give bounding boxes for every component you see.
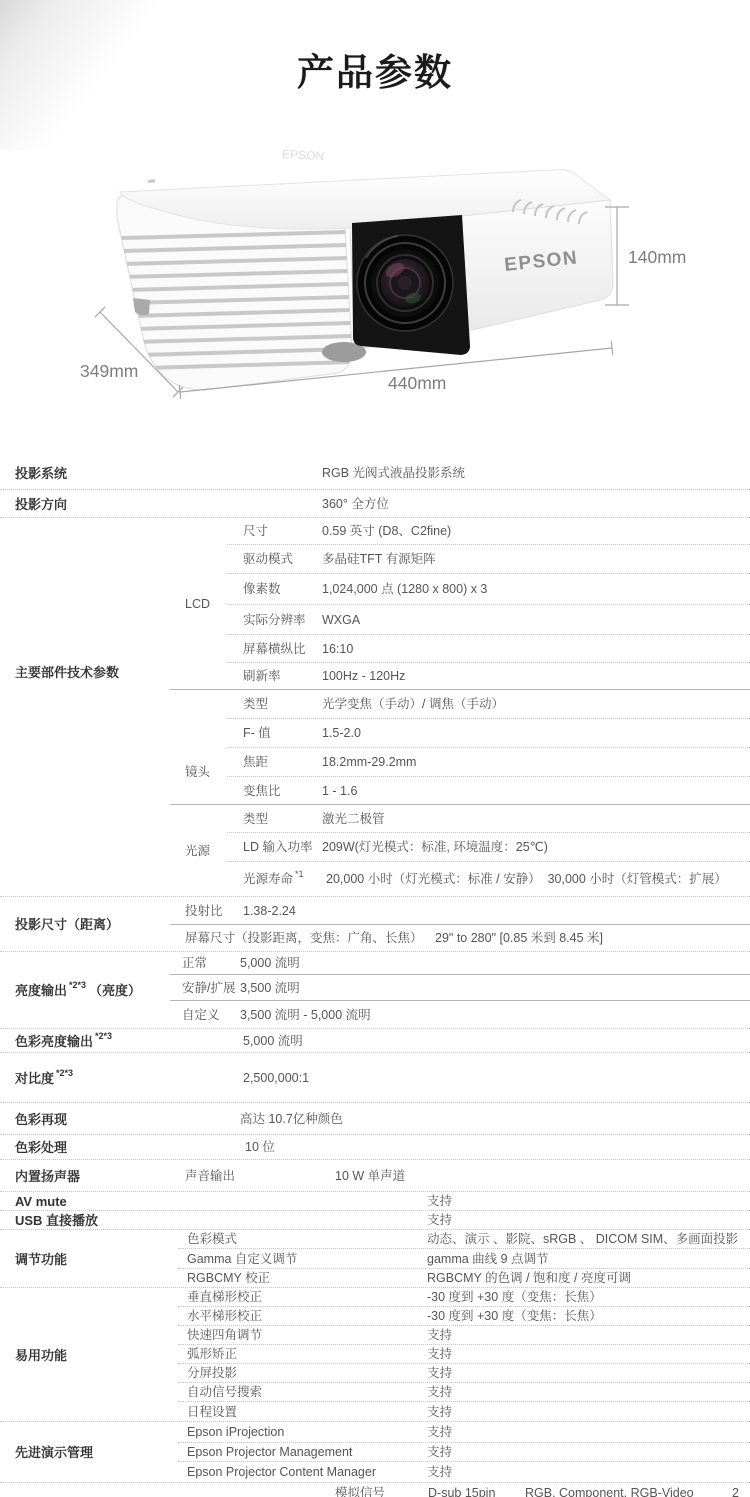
row-separator: [0, 1421, 750, 1422]
row-separator: [178, 1363, 750, 1364]
projector-body: EPSON EPSON: [117, 147, 613, 390]
spec-value: Epson iProjection: [187, 1422, 284, 1443]
row-separator: [0, 1052, 750, 1053]
spec-value: 安静/扩展: [182, 975, 235, 1001]
spec-value: 光源: [185, 805, 210, 897]
spec-value: 3,500 流明 - 5,000 流明: [240, 1001, 371, 1029]
row-separator: [178, 1382, 750, 1383]
spec-value: 360° 全方位: [322, 490, 389, 518]
spec-value: 高达 10.7亿种颜色: [240, 1103, 343, 1135]
spec-label: 色彩处理: [15, 1135, 67, 1160]
spec-label: 色彩再现: [15, 1103, 67, 1135]
spec-value: RGB 光阀式液晶投影系统: [322, 456, 465, 490]
spec-value: -30 度到 +30 度（变焦：长焦）: [427, 1288, 602, 1307]
dimension-width-label: 440mm: [388, 373, 446, 393]
product-figure: EPSON EPSON 140mm 349mm 440mm: [0, 140, 750, 470]
spec-value: 实际分辨率: [243, 605, 306, 635]
row-separator: [0, 1134, 750, 1135]
spec-value: 100Hz - 120Hz: [322, 663, 405, 690]
spec-value: 10 W 单声道: [335, 1160, 405, 1192]
spec-label: AV mute: [15, 1192, 67, 1211]
spec-value: 投射比: [185, 897, 223, 925]
spec-value: -30 度到 +30 度（变焦：长焦）: [427, 1307, 602, 1326]
spec-value: 3,500 流明: [240, 975, 300, 1001]
spec-value: 色彩模式: [187, 1230, 237, 1249]
spec-value: 2: [732, 1483, 739, 1497]
footnote-superscript: *1: [295, 870, 304, 879]
spec-label-text: 色彩亮度输出: [15, 1035, 93, 1048]
spec-value: 5,000 流明: [240, 952, 300, 975]
spec-value: 10 位: [245, 1135, 275, 1160]
spec-value: 焦距: [243, 748, 268, 777]
spec-value: Gamma 自定义调节: [187, 1249, 297, 1269]
spec-value: 动态、演示 、影院、sRGB 、 DICOM SIM、多画面投影: [427, 1230, 738, 1249]
spec-value: 屏幕横纵比: [243, 635, 306, 663]
spec-label-text: 对比度: [15, 1072, 54, 1085]
spec-label: 投影尺寸（距离）: [15, 897, 119, 952]
row-separator: [227, 718, 750, 719]
spec-label-text: 亮度输出: [15, 984, 67, 997]
lens-icon: [357, 235, 453, 331]
spec-value: 声音输出: [185, 1160, 235, 1192]
projector-illustration: EPSON EPSON 140mm 349mm 440mm: [0, 140, 750, 470]
spec-value: RGBCMY 的色调 / 饱和度 / 亮度可调: [427, 1269, 631, 1288]
spec-value: gamma 曲线 9 点调节: [427, 1249, 549, 1269]
spec-value: 尺寸: [243, 518, 268, 545]
row-separator: [227, 662, 750, 663]
spec-value: 日程设置: [187, 1402, 237, 1422]
spec-value: 弧形矫正: [187, 1345, 237, 1364]
footnote-superscript: *2*3: [95, 1032, 112, 1041]
row-separator: [227, 544, 750, 545]
spec-value: 自定义: [182, 1001, 220, 1029]
spec-value: 正常: [182, 952, 207, 975]
spec-value: 18.2mm-29.2mm: [322, 748, 416, 777]
row-separator: [178, 1325, 750, 1326]
spec-value: 支持: [427, 1192, 452, 1211]
spec-value: 类型: [243, 805, 268, 833]
spec-table: 投影系统RGB 光阀式液晶投影系统投影方向360° 全方位主要部件技术参数LCD…: [0, 456, 750, 1497]
spec-value: Epson Projector Management: [187, 1443, 352, 1462]
spec-label: 内置扬声器: [15, 1160, 80, 1192]
row-separator: [178, 1344, 750, 1345]
spec-label: 亮度输出*2*3（亮度）: [15, 952, 141, 1029]
spec-value: 激光二极管: [322, 805, 385, 833]
footnote-superscript: *2*3: [56, 1069, 73, 1078]
spec-value: 垂直梯形校正: [187, 1288, 262, 1307]
footnote-superscript: *2*3: [69, 981, 86, 990]
spec-value: 自动信号搜索: [187, 1383, 262, 1402]
spec-value: D-sub 15pin: [428, 1483, 495, 1497]
spec-value: 2,500,000:1: [243, 1053, 309, 1103]
spec-label: 调节功能: [15, 1230, 67, 1288]
spec-value: 支持: [427, 1443, 452, 1462]
row-separator: [227, 776, 750, 777]
spec-value: 支持: [427, 1326, 452, 1345]
spec-value: 驱动模式: [243, 545, 293, 574]
spec-value: 模拟信号: [335, 1483, 385, 1497]
row-separator: [0, 1191, 750, 1192]
spec-value: 29" to 280" [0.85 米到 8.45 米]: [435, 925, 603, 952]
spec-value: F- 值: [243, 719, 271, 748]
spec-label: 对比度*2*3: [15, 1053, 76, 1103]
row-separator: [178, 1401, 750, 1402]
page-title: 产品参数: [0, 42, 750, 96]
spec-value: 支持: [427, 1422, 452, 1443]
top-brand-text: EPSON: [282, 147, 325, 163]
spec-value: 支持: [427, 1364, 452, 1383]
spec-value: 光学变焦（手动）/ 调焦（手动）: [322, 690, 504, 719]
spec-value: 支持: [427, 1345, 452, 1364]
dimension-height-label: 140mm: [628, 247, 686, 267]
spec-value: 支持: [427, 1383, 452, 1402]
spec-value: 支持: [427, 1462, 452, 1483]
spec-value: WXGA: [322, 605, 360, 635]
spec-value: 5,000 流明: [243, 1029, 303, 1053]
dimension-depth-label: 349mm: [80, 361, 138, 381]
spec-value: 1,024,000 点 (1280 x 800) x 3: [322, 574, 487, 605]
spec-value: 刷新率: [243, 663, 281, 690]
spec-value: 快速四角调节: [187, 1326, 262, 1345]
spec-label-text: （亮度）: [89, 984, 141, 997]
spec-value: LCD: [185, 518, 210, 690]
spec-value: 支持: [427, 1211, 452, 1230]
spec-label: USB 直接播放: [15, 1211, 98, 1230]
spec-value: 多晶硅TFT 有源矩阵: [322, 545, 436, 574]
spec-value: 1 - 1.6: [322, 777, 357, 805]
spec-value: RGBCMY 校正: [187, 1269, 270, 1288]
row-separator: [0, 1210, 750, 1211]
spec-label: 先进演示管理: [15, 1422, 93, 1483]
spec-value: LD 输入功率: [243, 833, 312, 862]
spec-value: 水平梯形校正: [187, 1307, 262, 1326]
spec-label: 主要部件技术参数: [15, 483, 119, 862]
spec-value: 1.5-2.0: [322, 719, 361, 748]
spec-value: 209W(灯光模式：标准, 环境温度：25℃): [322, 833, 548, 862]
spec-value: Epson Projector Content Manager: [187, 1462, 376, 1483]
spec-value: 20,000 小时（灯光模式：标准 / 安静） 30,000 小时（灯管模式：扩…: [326, 862, 727, 897]
row-separator: [0, 1287, 750, 1288]
row-separator: [227, 573, 750, 574]
spec-value: 类型: [243, 690, 268, 719]
spec-label: 色彩亮度输出*2*3: [15, 1029, 115, 1053]
spec-value: 16:10: [322, 635, 353, 663]
spec-value: 0.59 英寸 (D8、C2fine): [322, 518, 451, 545]
row-separator: [0, 1102, 750, 1103]
spec-value: 支持: [427, 1402, 452, 1422]
top-mark-icon: [148, 179, 155, 183]
spec-value: 1.38-2.24: [243, 897, 296, 925]
spec-value: RGB, Component, RGB-Video: [525, 1483, 694, 1497]
row-separator: [227, 747, 750, 748]
spec-value: 变焦比: [243, 777, 281, 805]
spec-value: 光源寿命*1: [243, 862, 307, 897]
spec-label-text: 光源寿命: [243, 873, 293, 886]
spec-value: 像素数: [243, 574, 281, 605]
rear-foot-icon: [133, 298, 150, 315]
spec-label: 易用功能: [15, 1288, 67, 1422]
spec-value: 分屏投影: [187, 1364, 237, 1383]
spec-value: 屏幕尺寸（投影距离，变焦：广角、长焦）: [185, 925, 423, 952]
